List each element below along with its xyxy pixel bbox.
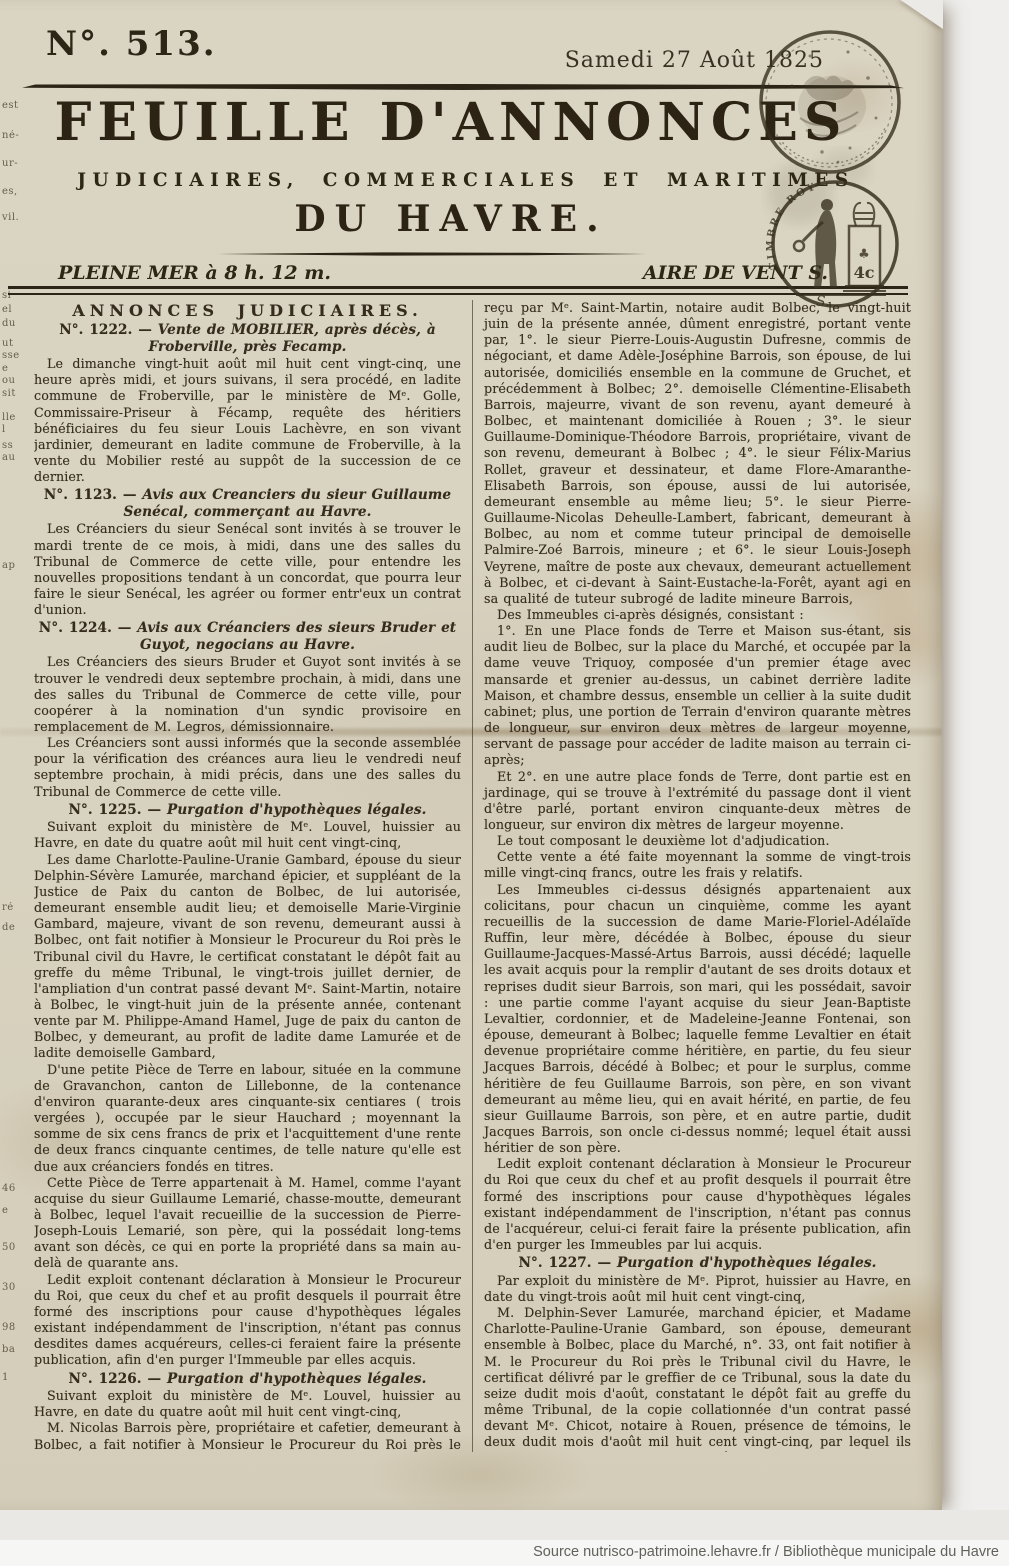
tide-wind-line: PLEINE MER à 8 h. 12 m. AIRE DE VENT S. xyxy=(58,262,864,284)
newspaper-place-title: DU HAVRE. xyxy=(30,198,872,240)
paragraph: Suivant exploit du ministère de Mᵉ. Louv… xyxy=(34,1388,461,1420)
column-right: reçu par Mᵉ. Saint-Martin, notaire audit… xyxy=(472,300,911,1452)
adjacent-page-text-fragment: el xyxy=(2,304,12,315)
paragraph: Cette vente a été faite moyennant la som… xyxy=(484,849,911,881)
article-number: N°. 1224. — xyxy=(39,620,138,636)
adjacent-page-text-fragment: ss xyxy=(2,440,13,451)
svg-text:S.: S. xyxy=(816,294,830,310)
paragraph: Les Créanciers du sieur Senécal sont inv… xyxy=(34,521,461,618)
paragraph: M. Delphin-Sever Lamurée, marchand épici… xyxy=(484,1305,911,1452)
paragraph: 1°. En une Place fonds de Terre et Maiso… xyxy=(484,623,911,768)
paragraph: Les Créanciers des sieurs Bruder et Guyo… xyxy=(34,654,461,735)
article-number: N°. 1222. — xyxy=(59,322,158,338)
newspaper-title: FEUILLE D'ANNONCES xyxy=(30,92,872,153)
paragraph: Les dame Charlotte-Pauline-Uranie Gambar… xyxy=(34,852,461,1062)
adjacent-page-text-fragment: 46 xyxy=(2,1183,16,1194)
adjacent-page-text-fragment: ré xyxy=(2,902,14,913)
paragraph: reçu par Mᵉ. Saint-Martin, notaire audit… xyxy=(484,300,911,607)
article-heading: N°. 1225. — Purgation d'hypothèques léga… xyxy=(34,802,461,819)
adjacent-page-text-fragment: es, xyxy=(2,186,18,197)
article-number: N°. 1227. — xyxy=(518,1255,617,1271)
svg-text:♣: ♣ xyxy=(858,247,870,262)
adjacent-page-text-fragment: ba xyxy=(2,1344,15,1355)
paragraph: Cette Pièce de Terre appartenait à M. Ha… xyxy=(34,1175,461,1272)
article-number: N°. 1225. — xyxy=(68,802,167,818)
paragraph: Ledit exploit contenant déclaration à Mo… xyxy=(34,1272,461,1369)
adjacent-page-text-fragment: ur- xyxy=(2,158,18,169)
newspaper-page: estné-ur-es,vil.sielduutsseeousitllelssa… xyxy=(0,0,942,1510)
tide-info: PLEINE MER à 8 h. 12 m. xyxy=(58,262,331,284)
adjacent-page-text-fragment: l xyxy=(2,424,6,435)
adjacent-page-text-fragment: du xyxy=(2,318,16,329)
adjacent-page-text-fragment: 30 xyxy=(2,1282,16,1293)
source-attribution-text: Source nutrisco-patrimoine.lehavre.fr / … xyxy=(533,1544,999,1560)
paragraph: M. Nicolas Barrois père, propriétaire et… xyxy=(34,1420,461,1452)
svg-text:TIMBRE ROYAL: TIMBRE ROYAL xyxy=(766,168,818,271)
section-title: ANNONCES JUDICIAIRES. xyxy=(34,303,461,319)
paragraph: Le tout composant le deuxième lot d'adju… xyxy=(484,833,911,849)
adjacent-page-text-fragment: ou xyxy=(2,375,15,386)
adjacent-page-text-fragment: lle xyxy=(2,412,16,423)
paragraph: Les Créanciers sont aussi informés que l… xyxy=(34,735,461,800)
adjacent-page-text-fragment: de xyxy=(2,922,15,933)
adjacent-page-text-fragment: e xyxy=(2,1205,8,1216)
adjacent-page-text-fragment: au xyxy=(2,452,15,463)
timbre-royal-stamp-icon: TIMBRE ROYAL ♣ 4c S. xyxy=(766,168,908,320)
tapered-rule xyxy=(218,252,646,256)
article-title: Avis aux Créanciers des sieurs Bruder et… xyxy=(137,620,456,653)
adjacent-page-text-fragment: né- xyxy=(2,130,19,141)
article-heading: N°. 1227. — Purgation d'hypothèques léga… xyxy=(484,1255,911,1272)
article-heading: N°. 1123. — Avis aux Creanciers du sieur… xyxy=(34,487,461,520)
adjacent-page-text-fragment: e xyxy=(2,363,8,374)
issue-number: N°. 513. xyxy=(46,24,217,64)
svg-text:4c: 4c xyxy=(854,263,875,282)
adjacent-page-text-fragment: 1 xyxy=(2,1372,9,1383)
article-heading: N°. 1224. — Avis aux Créanciers des sieu… xyxy=(34,620,461,653)
scan-background-band xyxy=(0,1510,1009,1540)
page-corner-cut xyxy=(899,0,943,29)
adjacent-page-text-fragment: ut xyxy=(2,338,13,349)
article-title: Purgation d'hypothèques légales. xyxy=(167,802,427,818)
article-title: Purgation d'hypothèques légales. xyxy=(617,1255,877,1271)
article-title: Vente de MOBILIER, après décès, à Frober… xyxy=(149,322,436,355)
adjacent-page-text-fragment: sit xyxy=(2,388,16,399)
paragraph: D'une petite Pièce de Terre en labour, s… xyxy=(34,1062,461,1175)
article-title: Avis aux Creanciers du sieur Guillaume S… xyxy=(123,487,451,520)
article-title: Purgation d'hypothèques légales. xyxy=(167,1371,427,1387)
paragraph: Et 2°. en une autre place fonds de Terre… xyxy=(484,769,911,834)
article-heading: N°. 1222. — Vente de MOBILIER, après déc… xyxy=(34,322,461,355)
article-number: N°. 1226. — xyxy=(68,1371,167,1387)
article-columns: ANNONCES JUDICIAIRES.N°. 1222. — Vente d… xyxy=(34,300,912,1452)
source-attribution-bar: Source nutrisco-patrimoine.lehavre.fr / … xyxy=(0,1540,1009,1566)
paragraph: Ledit exploit contenant déclaration à Mo… xyxy=(484,1156,911,1253)
paragraph: Le dimanche vingt-huit août mil huit cen… xyxy=(34,356,461,485)
article-number: N°. 1123. — xyxy=(44,487,143,503)
adjacent-page-text-fragment: ap xyxy=(2,560,15,571)
paragraph: Suivant exploit du ministère de Mᵉ. Louv… xyxy=(34,819,461,851)
adjacent-page-text-fragment: sse xyxy=(2,350,20,361)
column-left: ANNONCES JUDICIAIRES.N°. 1222. — Vente d… xyxy=(34,300,461,1452)
adjacent-page-text-fragment: 98 xyxy=(2,1322,16,1333)
adjacent-page-text-fragment: est xyxy=(2,100,19,111)
article-heading: N°. 1226. — Purgation d'hypothèques léga… xyxy=(34,1371,461,1388)
adjacent-page-text-fragment: vil. xyxy=(2,212,19,223)
scanned-page-stage: estné-ur-es,vil.sielduutsseeousitllelssa… xyxy=(0,0,1009,1566)
paragraph: Les Immeubles ci-dessus désignés apparte… xyxy=(484,882,911,1157)
paragraph: Des Immeubles ci-après désignés, consist… xyxy=(484,607,911,623)
adjacent-page-text-fragment: 50 xyxy=(2,1242,16,1253)
paragraph: Par exploit du ministère de Mᵉ. Piprot, … xyxy=(484,1273,911,1305)
